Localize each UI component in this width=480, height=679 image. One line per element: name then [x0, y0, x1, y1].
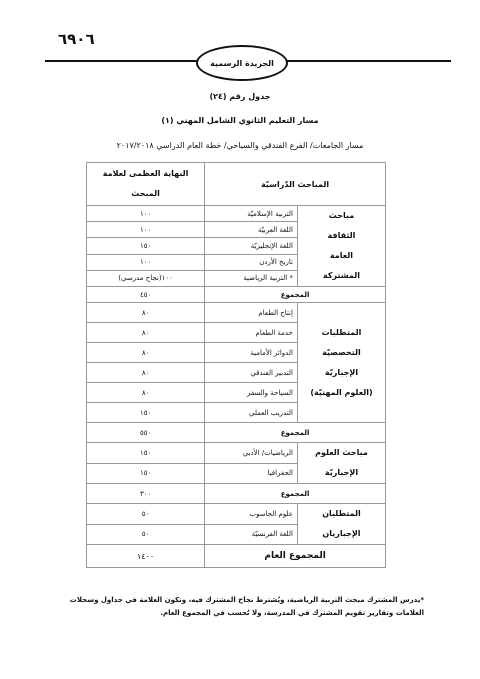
- group-line: (العلوم المهنيّة): [302, 383, 381, 403]
- subject-cell: التربية الإسلاميّة: [205, 206, 298, 222]
- mark-cell: ٥٠: [87, 524, 205, 545]
- subtotal-row: المجموع ٣٠٠: [87, 484, 386, 504]
- mark-cell: ١٠٠: [87, 254, 205, 270]
- gazette-name: الجريدة الرسمية: [210, 59, 274, 68]
- subtotal-label: المجموع: [205, 423, 386, 443]
- mark-cell: ١٠٠: [87, 206, 205, 222]
- grand-total-value: ١٤٠٠: [87, 545, 205, 568]
- subject-cell: السياحة والسفر: [205, 383, 298, 403]
- mark-cell: ٨٠: [87, 383, 205, 403]
- subtotal-row: المجموع ٤٥٠: [87, 287, 386, 303]
- group-line: المتطلبات: [302, 323, 381, 343]
- table-row: المتطلبان الإجباريان علوم الحاسوب ٥٠: [87, 504, 386, 525]
- track-title: مسار التعليم الثانوي الشامل المهني (١): [0, 116, 480, 125]
- study-plan-table: المباحث الدّراسيّة النهاية العظمى لعلامة…: [86, 162, 386, 568]
- table-header-row: المباحث الدّراسيّة النهاية العظمى لعلامة…: [87, 163, 386, 206]
- mark-cell: ١٥٠: [87, 238, 205, 254]
- subject-cell: اللغة الفرنسيّة: [205, 524, 298, 545]
- grand-total-label: المجموع العام: [205, 545, 386, 568]
- subject-cell: الرياضيات/ الأدبي: [205, 443, 298, 464]
- page-number: ٦٩٠٦: [58, 30, 95, 48]
- subject-cell: اللغة العربيّة: [205, 222, 298, 238]
- group-compulsory-sciences: مباحث العلوم الإجباريّة: [297, 443, 385, 484]
- mark-cell: ٨٠: [87, 323, 205, 343]
- mark-cell: ١٥٠: [87, 463, 205, 484]
- gazette-oval: الجريدة الرسمية: [196, 45, 288, 81]
- subject-cell: التدبير الفندقي: [205, 363, 298, 383]
- mark-cell: ١٠٠: [87, 222, 205, 238]
- subtotal-value: ٤٥٠: [87, 287, 205, 303]
- subtotal-label: المجموع: [205, 287, 386, 303]
- subject-cell: تاريخ الأردن: [205, 254, 298, 270]
- mark-cell: ٨٠: [87, 303, 205, 323]
- group-line: التخصصيّة: [302, 343, 381, 363]
- plan-title: مسار الجامعات/ الفرع الفندقي والسياحي/ خ…: [0, 141, 480, 150]
- subtotal-label: المجموع: [205, 484, 386, 504]
- table-row: مباحث العلوم الإجباريّة الرياضيات/ الأدب…: [87, 443, 386, 464]
- group-specialized-requirements: المتطلبات التخصصيّة الإجباريّة (العلوم ا…: [297, 303, 385, 423]
- group-general-culture: مباحث الثقافة العامة المشتركة: [297, 206, 385, 287]
- group-line: المشتركة: [302, 266, 381, 286]
- group-line: الثقافة: [302, 226, 381, 246]
- subject-cell: علوم الحاسوب: [205, 504, 298, 525]
- grand-total-row: المجموع العام ١٤٠٠: [87, 545, 386, 568]
- group-line: المتطلبان الإجباريان: [302, 504, 381, 544]
- mark-cell: ٨٠: [87, 363, 205, 383]
- mark-cell: ١٥٠: [87, 443, 205, 464]
- subtotal-value: ٣٠٠: [87, 484, 205, 504]
- mark-cell: ٥٠: [87, 504, 205, 525]
- subject-cell: التدريب العملي: [205, 403, 298, 423]
- subject-cell: الجغرافيا: [205, 463, 298, 484]
- subject-cell: إنتاج الطعام: [205, 303, 298, 323]
- group-line: العامة: [302, 246, 381, 266]
- group-line: الإجباريّة: [302, 463, 381, 483]
- subject-cell: الدوائر الأمامية: [205, 343, 298, 363]
- subject-cell: * التربية الرياضية: [205, 270, 298, 286]
- table-number: جدول رقم (٢٤): [0, 92, 480, 101]
- group-line: مباحث: [302, 206, 381, 226]
- group-line: مباحث العلوم: [302, 443, 381, 463]
- table-row: مباحث الثقافة العامة المشتركة التربية ال…: [87, 206, 386, 222]
- table-row: المتطلبات التخصصيّة الإجباريّة (العلوم ا…: [87, 303, 386, 323]
- mark-cell: ١٥٠: [87, 403, 205, 423]
- subject-cell: اللغة الإنجليزيّة: [205, 238, 298, 254]
- group-compulsory-requirements: المتطلبان الإجباريان: [297, 504, 385, 545]
- footnote: *يدرس المشترك مبحث التربية الرياضية، ويُ…: [58, 594, 424, 620]
- header-max-mark: النهاية العظمى لعلامة المبحث: [87, 163, 205, 206]
- group-line: الإجباريّة: [302, 363, 381, 383]
- subtotal-value: ٥٥٠: [87, 423, 205, 443]
- mark-cell: ١٠٠(نجاح مدرسي): [87, 270, 205, 286]
- mark-cell: ٨٠: [87, 343, 205, 363]
- subtotal-row: المجموع ٥٥٠: [87, 423, 386, 443]
- subject-cell: خدمة الطعام: [205, 323, 298, 343]
- header-subjects: المباحث الدّراسيّة: [205, 163, 386, 206]
